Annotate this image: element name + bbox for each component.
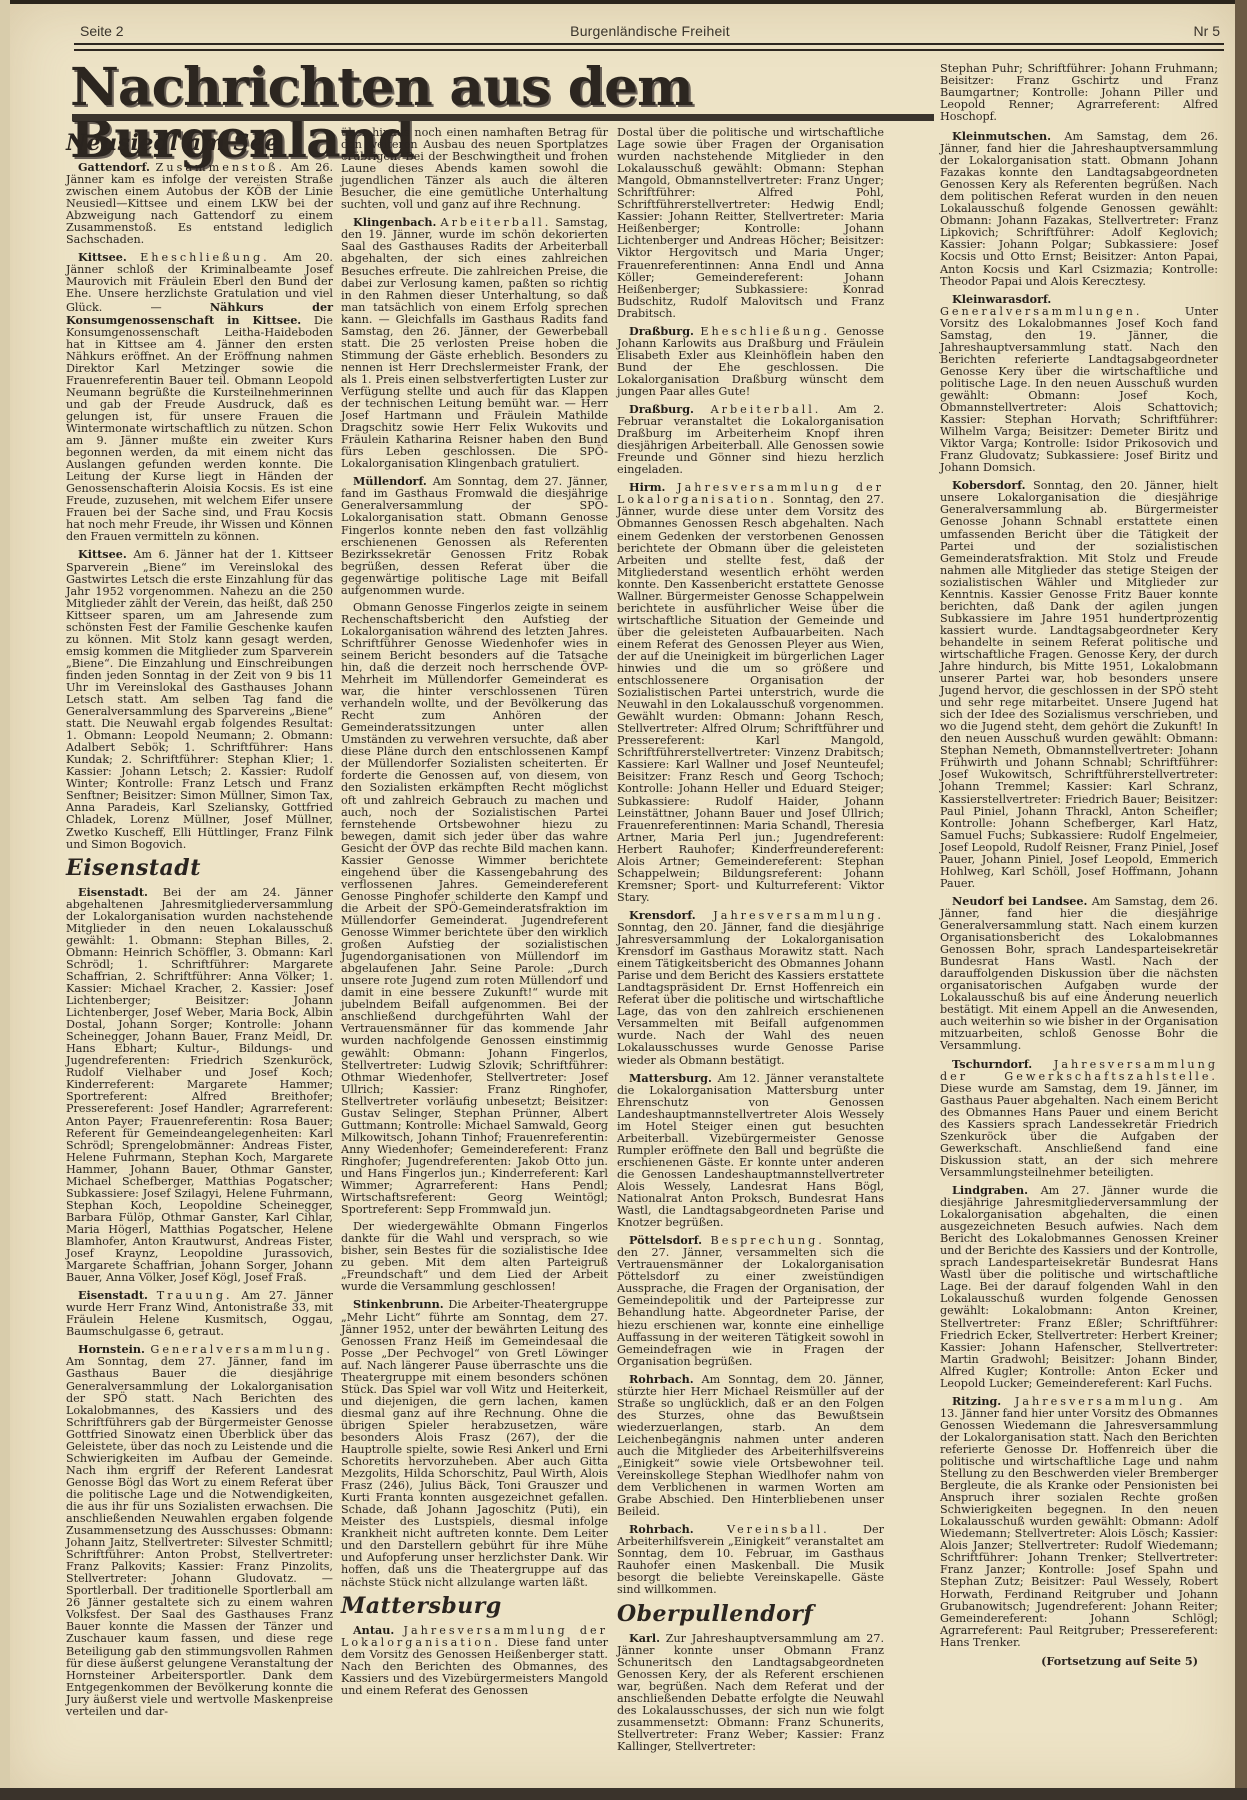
article-text: Samstag, den 19. Jänner, wurde im schön … (341, 216, 608, 470)
article-place: Kittsee. (78, 547, 127, 561)
section-heading-eisenstadt: Eisenstadt (66, 856, 333, 880)
column-4: Kleinmutschen. Am Samstag, dem 26. Jänne… (940, 130, 1218, 1667)
page-header: Seite 2 Burgenländische Freiheit Nr 5 (80, 20, 1220, 40)
page-bottom-edge (0, 1788, 1247, 1800)
article-topic: Arbeiterball. (440, 216, 551, 229)
article-rohrbach-2: Rohrbach. Vereinsball. Der Arbeiterhilfs… (617, 1523, 884, 1596)
article-place: Rohrbach. (629, 1372, 694, 1386)
article-text: Sonntag, den 20. Jänner, fand die diesjä… (617, 921, 884, 1067)
article-place: Tschurndorf. (952, 1057, 1032, 1071)
issue-number: Nr 5 (1194, 23, 1220, 39)
page-edge-right (1235, 0, 1247, 1800)
article-karl: Karl. Zur Jahreshauptversammlung am 27. … (617, 1632, 884, 1753)
article-place: Kleinmutschen. (952, 129, 1051, 143)
article-place: Rohrbach. (629, 1522, 694, 1536)
continuation-note: (Fortsetzung auf Seite 5) (940, 1655, 1218, 1667)
article-lindgraben: Lindgraben. Am 27. Jänner wurde die dies… (940, 1184, 1218, 1390)
section-heading-neusiedl: Neusiedl am See (66, 131, 333, 155)
article-topic: Eheschließung. (140, 251, 270, 264)
article-place: Hornstein. (78, 1342, 145, 1356)
article-kobersdorf: Kobersdorf. Sonntag, den 20. Jänner, hie… (940, 479, 1218, 890)
article-topic: Besprechung. (711, 1234, 825, 1247)
article-drassburg-1: Draßburg. Eheschließung. Genosse Johann … (617, 325, 884, 398)
article-text: Am Sonntag, dem 20. Jänner, stürzte hier… (617, 1373, 884, 1519)
banner-rule (72, 114, 934, 121)
article-topic: Jahresversammlung. (1015, 1395, 1186, 1408)
header-rule (74, 43, 1224, 51)
article-place: Stinkenbrunn. (353, 1297, 444, 1311)
article-stinkenbrunn: Stinkenbrunn. Die Arbeiter-Theatergruppe… (341, 1298, 608, 1588)
article-topic: Generalversammlung. (150, 1343, 333, 1356)
article-place: Eisenstadt. (78, 1288, 148, 1302)
article-text: Am Sonntag, dem 27. Jänner, fand im Gast… (341, 475, 608, 596)
article-text: Sonntag, den 27. Jänner, wurde diese unt… (617, 493, 884, 904)
article-neudorf: Neudorf bei Landsee. Am Samstag, dem 26.… (940, 895, 1218, 1053)
article-topic: Zusammenstoß. (156, 161, 285, 174)
article-muellendorf-2: Obmann Genosse Fingerlos zeigte in seine… (341, 602, 608, 1216)
article-hornstein: Hornstein. Generalversammlung. Am Sonnta… (66, 1343, 333, 1717)
article-topic: Generalversammlungen. (940, 305, 1142, 318)
article-text: Am 27. Jänner wurde die diesjährige Jahr… (940, 1184, 1218, 1390)
article-muellendorf-3: Der wiedergewählte Obmann Fingerlos dank… (341, 1221, 608, 1293)
article-kittsee-2: Kittsee. Am 6. Jänner hat der 1. Kittsee… (66, 548, 333, 850)
article-poettelsdorf: Pöttelsdorf. Besprechung. Sonntag, den 2… (617, 1234, 884, 1368)
article-text: Am Sonntag, dem 27. Jänner, fand im Gast… (66, 1355, 333, 1717)
article-text: Die Konsumgenossenschaft Leitha-Haidebod… (66, 314, 333, 544)
article-gattendorf: Gattendorf. Zusammenstoß. Am 26. Jänner … (66, 161, 333, 246)
article-topic: Vereinsball. (727, 1523, 830, 1536)
article-antau-continued: Dostal über die politische und wirtschaf… (617, 127, 884, 320)
article-hornstein-continued: über hinaus noch einen namhaften Betrag … (341, 127, 608, 211)
article-text: Unter Vorsitz des Lokalobmannes Josef Ko… (940, 305, 1218, 475)
article-text: Die Arbeiter-Theatergruppe „Mehr Licht“ … (341, 1298, 608, 1588)
article-hirm: Hirm. Jahresversammlung der Lokalorganis… (617, 481, 884, 904)
article-eisenstadt-2: Eisenstadt. Trauung. Am 27. Jänner wurde… (66, 1289, 333, 1338)
article-place: Draßburg. (629, 402, 694, 416)
article-place: Kleinwarasdorf. (952, 292, 1051, 306)
column-3: Dostal über die politische und wirtschaf… (617, 127, 884, 1758)
article-place: Pöttelsdorf. (629, 1233, 702, 1247)
article-text: Am 12. Jänner veranstaltete die Lokalorg… (617, 1072, 884, 1230)
article-text: Diese wurde am Samstag, dem 19. Jänner, … (940, 1082, 1218, 1179)
article-place: Karl. (629, 1631, 660, 1645)
article-place: Gattendorf. (78, 160, 150, 174)
article-text: Sonntag, den 20. Jänner, hielt unsere Lo… (940, 479, 1218, 890)
article-antau: Antau. Jahresversammlung der Lokalorgani… (341, 1624, 608, 1697)
newspaper-title: Burgenländische Freiheit (80, 23, 1220, 39)
article-klingenbach: Klingenbach. Arbeiterball. Samstag, den … (341, 216, 608, 470)
article-tschurndorf: Tschurndorf. Jahresversammlung der Gewer… (940, 1058, 1218, 1179)
article-topic: Eheschließung. (700, 325, 830, 338)
article-topic: Jahresversammlung. (713, 909, 884, 922)
article-place: Hirm. (629, 480, 665, 494)
article-drassburg-2: Draßburg. Arbeiterball. Am 2. Februar ve… (617, 403, 884, 476)
section-heading-oberpullendorf: Oberpullendorf (617, 1602, 884, 1626)
article-place: Lindgraben. (952, 1183, 1028, 1197)
article-kleinwarasdorf: Kleinwarasdorf. Generalversammlungen. Un… (940, 293, 1218, 475)
article-text: Am 6. Jänner hat der 1. Kittseer Sparver… (66, 548, 333, 850)
section-banner: Nachrichten aus dem Burgenland (70, 62, 966, 114)
article-ritzing: Ritzing. Jahresversammlung. Am 13. Jänne… (940, 1395, 1218, 1649)
article-muellendorf: Müllendorf. Am Sonntag, dem 27. Jänner, … (341, 475, 608, 596)
article-place: Klingenbach. (353, 215, 436, 229)
section-heading-mattersburg: Mattersburg (341, 1594, 608, 1618)
article-topic: Trauung. (157, 1289, 233, 1302)
article-place: Krensdorf. (629, 908, 696, 922)
article-mattersburg: Mattersburg. Am 12. Jänner veranstaltete… (617, 1072, 884, 1230)
article-place: Kobersdorf. (952, 478, 1026, 492)
page-edge-left (0, 0, 10, 1800)
article-place: Müllendorf. (353, 474, 427, 488)
article-text: Sonntag, den 27. Jänner, versammelten si… (617, 1234, 884, 1367)
article-place: Ritzing. (952, 1394, 1001, 1408)
article-text: Am Samstag, dem 26. Jänner, fand hier di… (940, 130, 1218, 288)
article-place: Antau. (353, 1623, 394, 1637)
article-place: Draßburg. (629, 324, 694, 338)
article-place: Kittsee. (78, 250, 127, 264)
article-text: Am 13. Jänner fand hier unter Vorsitz de… (940, 1395, 1218, 1649)
article-text: Am 26. Jänner kam es infolge der vereist… (66, 161, 333, 246)
article-eisenstadt-1: Eisenstadt. Bei der am 24. Jänner abgeha… (66, 886, 333, 1285)
column-2: über hinaus noch einen namhaften Betrag … (341, 127, 608, 1702)
article-text: Am Samstag, dem 26. Jänner, fand hier di… (940, 895, 1218, 1053)
article-place: Mattersburg. (629, 1071, 712, 1085)
article-kittsee-1: Kittsee. Eheschließung. Am 20. Jänner sc… (66, 251, 333, 543)
article-text: Bei der am 24. Jänner abgehaltenen Jahre… (66, 886, 333, 1285)
article-kleinmutschen: Kleinmutschen. Am Samstag, dem 26. Jänne… (940, 130, 1218, 288)
column-1: Neusiedl am See Gattendorf. Zusammenstoß… (66, 127, 333, 1723)
article-place: Eisenstadt. (78, 885, 148, 899)
column4-top-text: Stephan Puhr; Schriftführer: Johann Fruh… (940, 63, 1218, 123)
article-place: Neudorf bei Landsee. (952, 894, 1087, 908)
article-text: Zur Jahreshauptversammlung am 27. Jänner… (617, 1632, 884, 1753)
article-krensdorf: Krensdorf. Jahresversammlung. Sonntag, d… (617, 909, 884, 1067)
article-topic: Arbeiterball. (711, 403, 822, 416)
article-rohrbach-1: Rohrbach. Am Sonntag, dem 20. Jänner, st… (617, 1373, 884, 1519)
